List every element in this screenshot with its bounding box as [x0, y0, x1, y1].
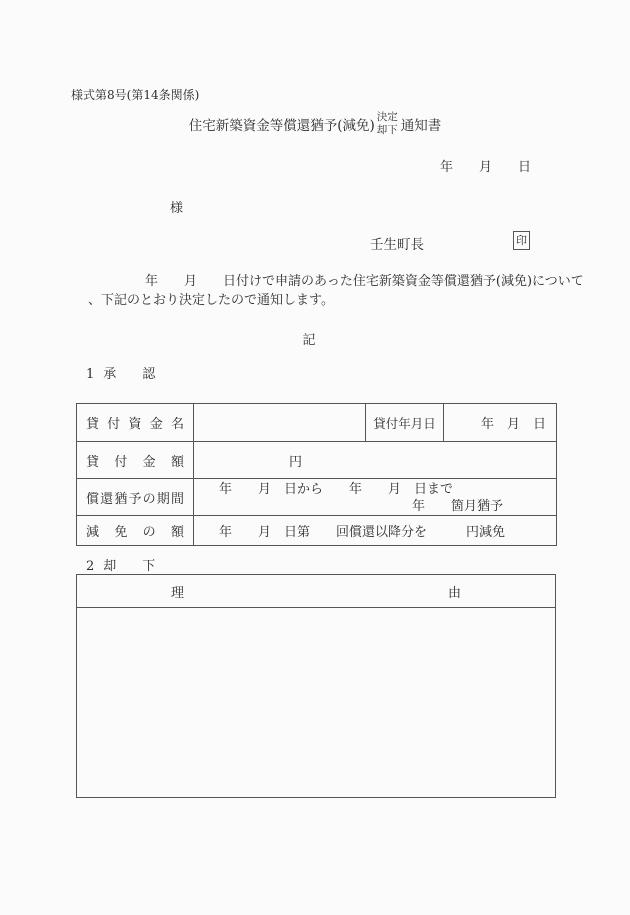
body-paragraph: 年 月 日付けで申請のあった住宅新築資金等償還猶予(減免)について 、下記のとお…: [88, 272, 584, 310]
table-row: 減免の額 年 月 日第 回償還以降分を 円減免: [77, 516, 557, 546]
title-suffix: 通知書: [401, 114, 442, 134]
reason-body: [77, 608, 555, 797]
deferral-period-months: 年 箇月猶予: [194, 498, 556, 515]
document-title: 住宅新築資金等償還猶予(減免) 決定 却下 通知書: [0, 111, 630, 137]
deferral-period-value-cell: 年 月 日から 年 月 日まで 年 箇月猶予: [194, 479, 557, 516]
deferral-period-label: 償還猶予の期間: [77, 488, 193, 507]
loan-amount-label-cell: 貸付金額: [77, 442, 194, 479]
issuer-mayor-name: 壬生町長: [370, 233, 424, 253]
issue-date-blank: 年 月 日: [0, 156, 630, 175]
fund-name-label: 貸付資金名: [77, 413, 193, 432]
loan-date-label-cell: 貸付年月日: [366, 404, 444, 442]
fund-name-value-cell: [194, 404, 366, 442]
section-rejection-number: 2: [86, 559, 94, 574]
addressee-suffix: 様: [170, 197, 183, 216]
title-prefix: 住宅新築資金等償還猶予(減免): [189, 114, 375, 134]
deferral-period-range: 年 月 日から 年 月 日まで: [194, 481, 556, 498]
deferral-period-label-cell: 償還猶予の期間: [77, 479, 194, 516]
section-approval-number: 1: [86, 367, 94, 382]
title-stack-decision: 決定: [377, 111, 398, 124]
reason-header-right: 由: [448, 582, 461, 601]
reason-header-left: 理: [171, 582, 184, 601]
record-marker: 記: [0, 329, 618, 348]
approval-table: 貸付資金名 貸付年月日 年 月 日 貸付金額 円 償還猶予の期間 年 月 日から…: [76, 403, 557, 546]
table-row: 貸付資金名 貸付年月日 年 月 日: [77, 404, 557, 442]
reduction-amount-label-cell: 減免の額: [77, 516, 194, 546]
reason-header: 理 由: [77, 575, 555, 608]
loan-amount-label: 貸付金額: [77, 451, 193, 470]
reduction-amount-label: 減免の額: [77, 521, 193, 540]
table-row: 貸付金額 円: [77, 442, 557, 479]
section-rejection-label: 却 下: [103, 555, 155, 574]
title-decision-rejection-stack: 決定 却下: [377, 111, 398, 137]
fund-name-label-cell: 貸付資金名: [77, 404, 194, 442]
title-stack-rejection: 却下: [377, 124, 398, 137]
notification-form-page: 様式第8号(第14条関係) 住宅新築資金等償還猶予(減免) 決定 却下 通知書 …: [0, 0, 630, 915]
section-approval-heading: 1 承 認: [86, 363, 155, 382]
loan-amount-value-cell: 円: [194, 442, 557, 479]
table-row: 償還猶予の期間 年 月 日から 年 月 日まで 年 箇月猶予: [77, 479, 557, 516]
form-number: 様式第8号(第14条関係): [71, 86, 199, 103]
seal-mark: 印: [513, 231, 530, 250]
section-rejection-heading: 2 却 下: [86, 555, 155, 574]
body-line-2: 、下記のとおり決定したので通知します。: [88, 291, 584, 310]
reduction-amount-value-cell: 年 月 日第 回償還以降分を 円減免: [194, 516, 557, 546]
section-approval-label: 承 認: [103, 363, 155, 382]
body-line-1: 年 月 日付けで申請のあった住宅新築資金等償還猶予(減免)について: [88, 272, 584, 291]
loan-date-value-cell: 年 月 日: [444, 404, 557, 442]
rejection-reason-table: 理 由: [76, 574, 556, 798]
